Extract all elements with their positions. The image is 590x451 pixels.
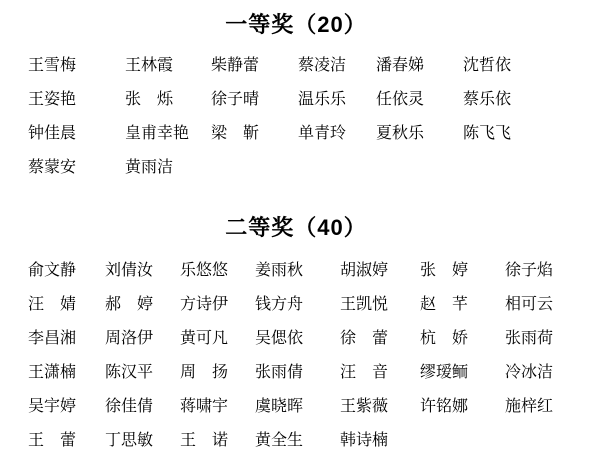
winner-name: 徐子焰 xyxy=(505,254,564,288)
winner-name: 杭 娇 xyxy=(420,322,505,356)
second-prize-section: 二等奖（40） 俞文静刘倩汝乐悠悠姜雨秋胡淑婷张 婷徐子焰汪 婧郝 婷方诗伊钱方… xyxy=(28,211,564,451)
winner-name: 徐子晴 xyxy=(211,83,298,117)
winner-name: 李昌湘 xyxy=(28,322,105,356)
winner-name: 王 诺 xyxy=(180,424,255,451)
winner-name: 周 扬 xyxy=(180,356,255,390)
winner-name: 乐悠悠 xyxy=(180,254,255,288)
winner-name: 陈汉平 xyxy=(105,356,180,390)
second-prize-title: 二等奖（40） xyxy=(28,211,564,242)
first-prize-winners-grid: 王雪梅王林霞柴静蕾蔡凌洁潘春娣沈哲依王姿艳张 烁徐子晴温乐乐任依灵蔡乐依钟佳晨皇… xyxy=(28,49,564,185)
winner-name: 王凯悦 xyxy=(340,288,420,322)
winner-name: 黄可凡 xyxy=(180,322,255,356)
winner-name: 王林霞 xyxy=(125,49,211,83)
winner-name: 郝 婷 xyxy=(105,288,180,322)
winner-name: 周洛伊 xyxy=(105,322,180,356)
winner-name: 俞文静 xyxy=(28,254,105,288)
winner-name: 吴宇婷 xyxy=(28,390,105,424)
winner-name: 张雨倩 xyxy=(255,356,340,390)
winner-name: 王潇楠 xyxy=(28,356,105,390)
winner-name: 韩诗楠 xyxy=(340,424,420,451)
winner-name: 王雪梅 xyxy=(28,49,125,83)
winner-name: 缪瑷鲕 xyxy=(420,356,505,390)
winner-name: 钟佳晨 xyxy=(28,117,125,151)
winner-name: 吴偲依 xyxy=(255,322,340,356)
winner-name: 柴静蕾 xyxy=(211,49,298,83)
first-prize-section: 一等奖（20） 王雪梅王林霞柴静蕾蔡凌洁潘春娣沈哲依王姿艳张 烁徐子晴温乐乐任依… xyxy=(28,8,564,185)
winner-name: 蔡乐依 xyxy=(463,83,564,117)
winner-name: 沈哲依 xyxy=(463,49,564,83)
winner-name: 虞晓晖 xyxy=(255,390,340,424)
first-prize-title: 一等奖（20） xyxy=(28,8,564,39)
winner-name: 相可云 xyxy=(505,288,564,322)
winner-name: 蔡凌洁 xyxy=(298,49,376,83)
winner-name: 钱方舟 xyxy=(255,288,340,322)
winner-name: 丁思敏 xyxy=(105,424,180,451)
winner-name: 张雨荷 xyxy=(505,322,564,356)
winner-name: 汪 婧 xyxy=(28,288,105,322)
winner-name: 蔡蒙安 xyxy=(28,151,125,185)
winner-name: 皇甫幸艳 xyxy=(125,117,211,151)
winner-name: 刘倩汝 xyxy=(105,254,180,288)
winner-name: 徐佳倩 xyxy=(105,390,180,424)
winner-name: 蒋啸宇 xyxy=(180,390,255,424)
winner-name: 黄雨洁 xyxy=(125,151,211,185)
winner-name: 徐 蕾 xyxy=(340,322,420,356)
winner-name: 张 烁 xyxy=(125,83,211,117)
winner-name: 姜雨秋 xyxy=(255,254,340,288)
winner-name: 单青玲 xyxy=(298,117,376,151)
document-page: 一等奖（20） 王雪梅王林霞柴静蕾蔡凌洁潘春娣沈哲依王姿艳张 烁徐子晴温乐乐任依… xyxy=(0,0,590,451)
winner-name: 赵 芊 xyxy=(420,288,505,322)
winner-name: 王紫薇 xyxy=(340,390,420,424)
winner-name: 潘春娣 xyxy=(376,49,463,83)
winner-name: 许铭娜 xyxy=(420,390,505,424)
winner-name: 汪 音 xyxy=(340,356,420,390)
winner-name: 方诗伊 xyxy=(180,288,255,322)
winner-name: 冷冰洁 xyxy=(505,356,564,390)
winner-name: 夏秋乐 xyxy=(376,117,463,151)
second-prize-winners-grid: 俞文静刘倩汝乐悠悠姜雨秋胡淑婷张 婷徐子焰汪 婧郝 婷方诗伊钱方舟王凯悦赵 芊相… xyxy=(28,254,564,451)
winner-name: 张 婷 xyxy=(420,254,505,288)
winner-name: 施梓红 xyxy=(505,390,564,424)
winner-name: 黄全生 xyxy=(255,424,340,451)
winner-name: 陈飞飞 xyxy=(463,117,564,151)
winner-name: 梁 靳 xyxy=(211,117,298,151)
winner-name: 王 蕾 xyxy=(28,424,105,451)
winner-name: 王姿艳 xyxy=(28,83,125,117)
winner-name: 温乐乐 xyxy=(298,83,376,117)
winner-name: 胡淑婷 xyxy=(340,254,420,288)
winner-name: 任依灵 xyxy=(376,83,463,117)
